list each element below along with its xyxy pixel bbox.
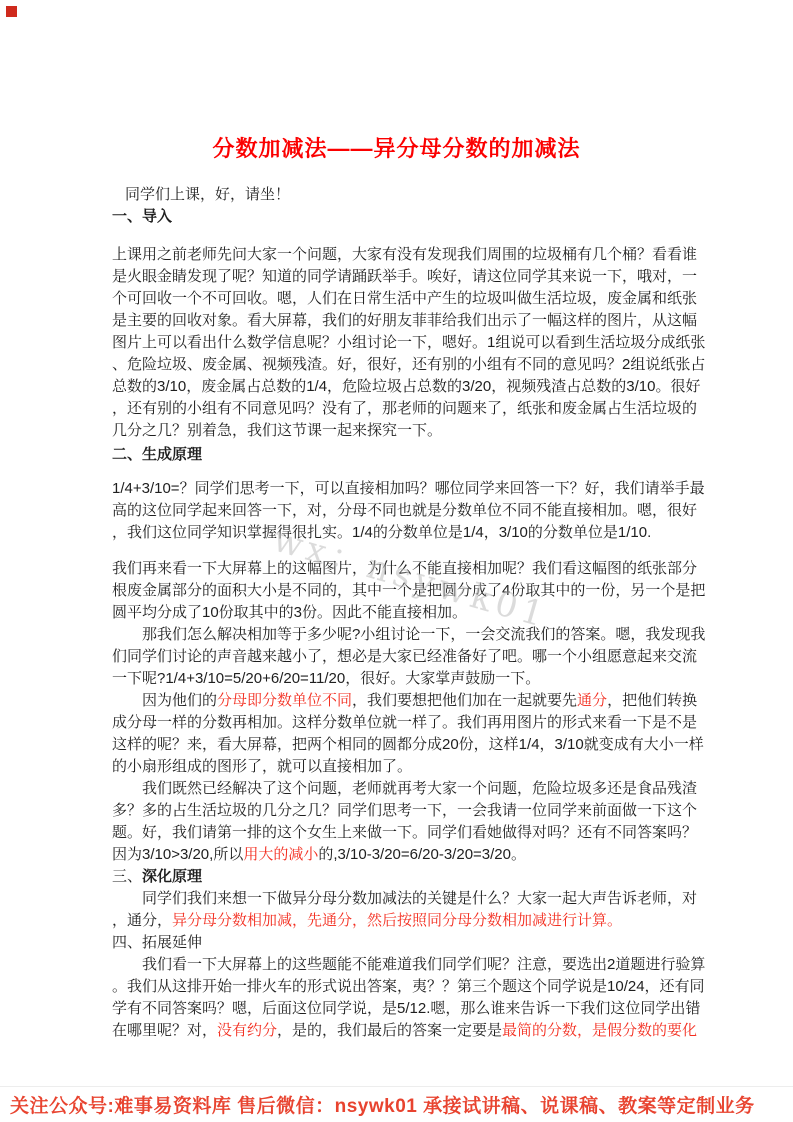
text-segment: 同学们我们来想一下做异分母分数加减法的关键是什么？大家一起大声告诉老师，对: [142, 890, 697, 907]
section-heading: 三、深化原理: [112, 866, 695, 888]
text-segment: 因为他们的: [142, 692, 217, 709]
text-segment: ，是的，我们最后的答案一定要是: [277, 1022, 502, 1039]
text-segment: ，我们要想把他们加在一起就要先: [352, 692, 577, 709]
paragraph: 同学们上课，好，请坐！: [112, 184, 695, 206]
text-line: 题。好，我们请第一排的这个女生上来做一下。同学们看她做得对吗？还有不同答案吗？: [112, 822, 695, 844]
text-segment: 因为3/10>3/20,所以: [112, 846, 243, 863]
text-line: 多？多的占生活垃圾的几分之几？同学们思考一下，一会我请一位同学来前面做一下这个: [112, 800, 695, 822]
paragraph: 1/4+3/10=？同学们思考一下，可以直接相加吗？哪位同学来回答一下？好，我们…: [112, 478, 695, 544]
text-segment: 根废金属部分的面积大小是不同的，其中一个是把圆分成了4份取其中的一份，另一个是把: [112, 582, 705, 599]
text-line: 我们再来看一下大屏幕上的这幅图片，为什么不能直接相加呢？我们看这幅图的纸张部分: [112, 558, 695, 580]
text-segment: 圆平均分成了10份取其中的3份。因此不能直接相加。: [112, 604, 467, 621]
text-segment: 是火眼金睛发现了呢？知道的同学请踊跃举手。唉好，请这位同学其来说一下，哦对，一: [112, 268, 697, 285]
text-segment: 几分之几？别着急，我们这节课一起来探究一下。: [112, 422, 442, 439]
text-segment: 一、导入: [112, 208, 172, 225]
text-segment: 一下呢?1/4+3/10=5/20+6/20=11/20，很好。大家掌声鼓励一下…: [112, 670, 540, 687]
text-line: ，还有别的小组有不同意见吗？没有了，那老师的问题来了，纸张和废金属占生活垃圾的: [112, 398, 695, 420]
text-segment: 成分母一样的分数再相加。这样分数单位就一样了。我们再用图片的形式来看一下是不是: [112, 714, 697, 731]
text-segment: 分母即分数单位不同: [217, 692, 352, 709]
text-line: 成分母一样的分数再相加。这样分数单位就一样了。我们再用图片的形式来看一下是不是: [112, 712, 695, 734]
text-line: 学有不同答案吗？嗯，后面这位同学说，是5/12.嗯，那么谁来告诉一下我们这位同学…: [112, 998, 695, 1020]
text-line: 几分之几？别着急，我们这节课一起来探究一下。: [112, 420, 695, 442]
text-line: 我们既然已经解决了这个问题，老师就再考大家一个问题，危险垃圾多还是食品残渣: [112, 778, 695, 800]
text-line: 因为他们的分母即分数单位不同，我们要想把他们加在一起就要先通分，把他们转换: [112, 690, 695, 712]
text-line: 我们看一下大屏幕上的这些题能不能难道我们同学们呢？注意，要选出2道题进行验算: [112, 954, 695, 976]
text-line: ，我们这位同学知识掌握得很扎实。1/4的分数单位是1/4，3/10的分数单位是1…: [112, 522, 695, 544]
text-line: 二、生成原理: [112, 444, 695, 466]
paragraph: 上课用之前老师先问大家一个问题，大家有没有发现我们周围的垃圾桶有几个桶？看看谁是…: [112, 244, 695, 442]
corner-mark: [6, 6, 17, 17]
page-title: 分数加减法——异分母分数的加减法: [0, 134, 793, 164]
text-segment: 们同学们讨论的声音越来越小了，想必是大家已经准备好了吧。哪一个小组愿意起来交流: [112, 648, 697, 665]
text-line: 总数的3/10，废金属占总数的1/4，危险垃圾占总数的3/20，视频残渣占总数的…: [112, 376, 695, 398]
text-line: 因为3/10>3/20,所以用大的减小的,3/10-3/20=6/20-3/20…: [112, 844, 695, 866]
text-segment: 异分母分数相加减，先通分，然后按照同分母分数相加减进行计算。: [172, 912, 622, 929]
footer-bar: 关注公众号:难事易资料库 售后微信：nsywk01 承接试讲稿、说课稿、教案等定…: [0, 1086, 793, 1122]
text-segment: 通分: [577, 692, 607, 709]
text-segment: 我们再来看一下大屏幕上的这幅图片，为什么不能直接相加呢？我们看这幅图的纸张部分: [112, 560, 697, 577]
text-segment: 四、拓展延伸: [112, 934, 202, 951]
paragraph: 同学们我们来想一下做异分母分数加减法的关键是什么？大家一起大声告诉老师，对，通分…: [112, 888, 695, 932]
paragraph: 我们再来看一下大屏幕上的这幅图片，为什么不能直接相加呢？我们看这幅图的纸张部分根…: [112, 558, 695, 866]
text-line: 是火眼金睛发现了呢？知道的同学请踊跃举手。唉好，请这位同学其来说一下，哦对，一: [112, 266, 695, 288]
text-segment: 图片上可以看出什么数学信息呢？小组讨论一下，嗯好。1组说可以看到生活垃圾分成纸张: [112, 334, 705, 351]
text-line: 三、深化原理: [112, 866, 695, 888]
text-segment: 我们既然已经解决了这个问题，老师就再考大家一个问题，危险垃圾多还是食品残渣: [142, 780, 697, 797]
text-segment: 高的这位同学起来回答一下，对，分母不同也就是分数单位不同不能直接相加。嗯，很好: [112, 502, 697, 519]
text-segment: 没有约分: [217, 1022, 277, 1039]
text-segment: 是主要的回收对象。看大屏幕，我们的好朋友菲菲给我们出示了一幅这样的图片，从这幅: [112, 312, 697, 329]
text-line: 的小扇形组成的图形了，就可以直接相加了。: [112, 756, 695, 778]
text-segment: 、危险垃圾、废金属、视频残渣。好，很好，还有别的小组有不同的意见吗？2组说纸张占: [112, 356, 705, 373]
section-heading: 一、导入: [112, 206, 695, 228]
text-segment: ，把他们转换: [607, 692, 697, 709]
text-line: 在哪里呢？对，没有约分，是的，我们最后的答案一定要是最简的分数，是假分数的要化: [112, 1020, 695, 1042]
document-page: 分数加减法——异分母分数的加减法 同学们上课，好，请坐！一、导入上课用之前老师先…: [0, 0, 793, 1122]
text-segment: 深化原理: [142, 868, 202, 885]
text-segment: 三、: [112, 868, 142, 885]
text-line: ，通分，异分母分数相加减，先通分，然后按照同分母分数相加减进行计算。: [112, 910, 695, 932]
text-line: 1/4+3/10=？同学们思考一下，可以直接相加吗？哪位同学来回答一下？好，我们…: [112, 478, 695, 500]
text-segment: 我们看一下大屏幕上的这些题能不能难道我们同学们呢？注意，要选出2道题进行验算: [142, 956, 705, 973]
text-segment: ，我们这位同学知识掌握得很扎实。1/4的分数单位是1/4，3/10的分数单位是1…: [112, 524, 651, 541]
text-line: 同学们上课，好，请坐！: [112, 184, 695, 206]
text-segment: 题。好，我们请第一排的这个女生上来做一下。同学们看她做得对吗？还有不同答案吗？: [112, 824, 697, 841]
text-segment: 那我们怎么解决相加等于多少呢?小组讨论一下，一会交流我们的答案。嗯，我发现我: [142, 626, 705, 643]
footer-promo-text: 关注公众号:难事易资料库 售后微信：nsywk01 承接试讲稿、说课稿、教案等定…: [10, 1091, 755, 1118]
text-segment: 学有不同答案吗？嗯，后面这位同学说，是5/12.嗯，那么谁来告诉一下我们这位同学…: [112, 1000, 700, 1017]
text-segment: 的,3/10-3/20=6/20-3/20=3/20。: [318, 846, 526, 863]
text-line: 们同学们讨论的声音越来越小了，想必是大家已经准备好了吧。哪一个小组愿意起来交流: [112, 646, 695, 668]
text-segment: ，还有别的小组有不同意见吗？没有了，那老师的问题来了，纸张和废金属占生活垃圾的: [112, 400, 697, 417]
text-line: 图片上可以看出什么数学信息呢？小组讨论一下，嗯好。1组说可以看到生活垃圾分成纸张: [112, 332, 695, 354]
text-line: 。我们从这排开始一排火车的形式说出答案，夷？？第三个题这个同学说是10/24，还…: [112, 976, 695, 998]
text-line: 上课用之前老师先问大家一个问题，大家有没有发现我们周围的垃圾桶有几个桶？看看谁: [112, 244, 695, 266]
text-segment: 1/4+3/10=？同学们思考一下，可以直接相加吗？哪位同学来回答一下？好，我们…: [112, 480, 705, 497]
text-line: 圆平均分成了10份取其中的3份。因此不能直接相加。: [112, 602, 695, 624]
text-line: 这样的呢？来，看大屏幕，把两个相同的圆都分成20份，这样1/4，3/10就变成有…: [112, 734, 695, 756]
text-line: 根废金属部分的面积大小是不同的，其中一个是把圆分成了4份取其中的一份，另一个是把: [112, 580, 695, 602]
text-segment: 的小扇形组成的图形了，就可以直接相加了。: [112, 758, 412, 775]
text-segment: 总数的3/10，废金属占总数的1/4，危险垃圾占总数的3/20，视频残渣占总数的…: [112, 378, 700, 395]
text-segment: 最简的分数，是假分数的要化: [502, 1022, 697, 1039]
text-line: 个可回收一个不可回收。嗯，人们在日常生活中产生的垃圾叫做生活垃圾，废金属和纸张: [112, 288, 695, 310]
text-segment: 二、生成原理: [112, 446, 202, 463]
paragraph: 我们看一下大屏幕上的这些题能不能难道我们同学们呢？注意，要选出2道题进行验算。我…: [112, 954, 695, 1042]
section-heading: 二、生成原理: [112, 444, 695, 466]
text-line: 四、拓展延伸: [112, 932, 695, 954]
text-line: 那我们怎么解决相加等于多少呢?小组讨论一下，一会交流我们的答案。嗯，我发现我: [112, 624, 695, 646]
text-segment: 同学们上课，好，请坐！: [125, 186, 290, 203]
text-line: 同学们我们来想一下做异分母分数加减法的关键是什么？大家一起大声告诉老师，对: [112, 888, 695, 910]
text-line: 一、导入: [112, 206, 695, 228]
text-line: 、危险垃圾、废金属、视频残渣。好，很好，还有别的小组有不同的意见吗？2组说纸张占: [112, 354, 695, 376]
document-body: 同学们上课，好，请坐！一、导入上课用之前老师先问大家一个问题，大家有没有发现我们…: [0, 184, 793, 1042]
text-segment: 用大的减小: [243, 846, 318, 863]
text-line: 是主要的回收对象。看大屏幕，我们的好朋友菲菲给我们出示了一幅这样的图片，从这幅: [112, 310, 695, 332]
text-segment: 多？多的占生活垃圾的几分之几？同学们思考一下，一会我请一位同学来前面做一下这个: [112, 802, 697, 819]
text-line: 高的这位同学起来回答一下，对，分母不同也就是分数单位不同不能直接相加。嗯，很好: [112, 500, 695, 522]
text-segment: 这样的呢？来，看大屏幕，把两个相同的圆都分成20份，这样1/4，3/10就变成有…: [112, 736, 704, 753]
text-segment: ，通分，: [112, 912, 172, 929]
section-heading: 四、拓展延伸: [112, 932, 695, 954]
text-segment: 个可回收一个不可回收。嗯，人们在日常生活中产生的垃圾叫做生活垃圾，废金属和纸张: [112, 290, 697, 307]
text-segment: 上课用之前老师先问大家一个问题，大家有没有发现我们周围的垃圾桶有几个桶？看看谁: [112, 246, 697, 263]
text-segment: 。我们从这排开始一排火车的形式说出答案，夷？？第三个题这个同学说是10/24，还…: [112, 978, 705, 995]
text-segment: 在哪里呢？对，: [112, 1022, 217, 1039]
text-line: 一下呢?1/4+3/10=5/20+6/20=11/20，很好。大家掌声鼓励一下…: [112, 668, 695, 690]
